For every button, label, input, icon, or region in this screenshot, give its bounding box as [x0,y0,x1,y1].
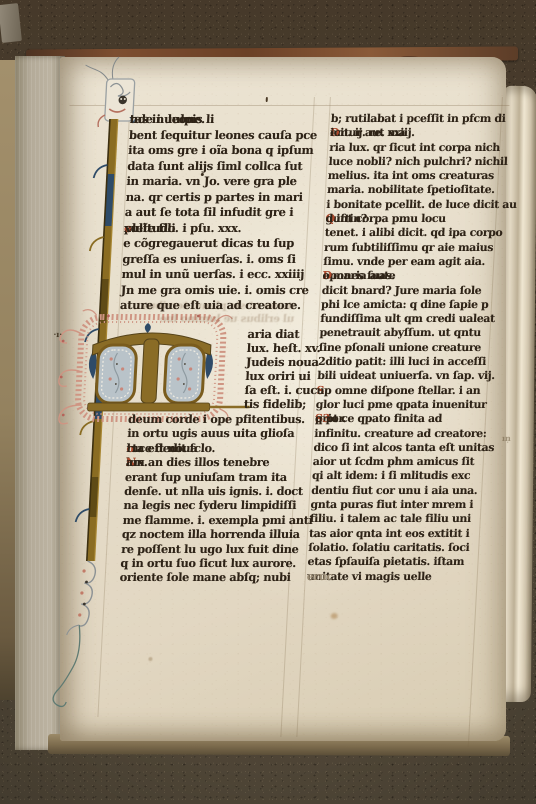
text-line: ſimu. vnde per eam agit aia. [323,255,324,269]
manuscript-photo: mane ut sic plenul terribus ul erlibus u… [0,0,536,804]
text-line: Judeis noua [246,355,247,369]
text-line: bili uideat uniuerſa. vn ſap. vij. [317,369,318,383]
text-line: prior. S3 q pt ce qpato finita ad [315,412,316,426]
text-line: phi lce amicta: q dine ſapie p [321,298,322,312]
ink-speck [266,97,268,102]
text-line: ſolatio. ſolatiu caritatis. ſoci [308,541,309,555]
text-line: dicit bnard? Jure maria ſole [321,284,322,298]
text-line: 2ditio patit: illi luci in acceſſi [318,355,319,369]
text-line: glor luci pme qpata inuenitur [315,398,316,412]
show-through-line: ul erlibus ue lumino lue [124,313,295,326]
text-line: re poſſent lu ugo lux fuit dine [121,542,122,556]
text-line: tenet. i alibi dicit. qd ipa corpo [324,226,325,240]
text-line: q in ortu ſuo ſicut lux aurore. [120,556,121,570]
stain [148,657,152,661]
text-line: em. ij. re. xxiij. Dicitur aut ma [330,126,331,140]
text-line: opones ſuas. De maria aute [322,269,323,283]
manuscript-page: mane ut sic plenul terribus ul erlibus u… [60,57,506,741]
text-line: bent ſequitur leones cauſa pce [128,128,129,144]
text-line: tas in leone. vnde i uulpis li [129,112,130,128]
text-line: Sup omne diſpone ſtellar. i an [316,384,317,398]
text-line: a aut ſe tota ſil infudit gre i [124,205,125,221]
text-line: guſtin? Qd int corpa pmu locu [325,212,326,226]
text-line: aria diat [247,327,248,341]
text-line: qi alt idem: i ſi mlitudis exc [312,469,313,483]
text-line: Jn me gra omis uie. i. omis cre [120,283,121,299]
text-line: denſe. ut nlla uis ignis. i. doct [124,484,125,498]
bar-top-terminal [82,57,136,127]
text-line: pleĩtudo. i pſu. xxx. exulte fili [124,221,125,237]
text-line: oriente ſole mane abſq; nubi [119,570,120,584]
text-line: aior ut ſcdm phm amicus ſit [312,455,313,469]
text-line: qz noctem illa horrenda illuia [122,527,123,541]
text-line: luce nobli? nich pulchri? nichil [328,155,329,169]
text-line: maria. nobilitate ſpetioſitate. [327,183,328,197]
text-line: etas ſpſauiſa pietatis. iſtam [307,555,308,569]
text-line: lux. Nam an dies illos tenebre [125,455,126,469]
text-line: me flamme. i. exempla pmi anti [122,513,123,527]
text-line: infinitu. creature ad creatore: [314,427,315,441]
text-line: dico ſi int alcos tanta eſt unitas [313,441,314,455]
text-line: deum corde i ope pfitentibus. [128,412,129,426]
table-corner-patch [0,3,22,43]
text-line: erant ſup uniuſam tram ita [125,470,126,484]
text-line: data ſunt alijs ſiml collca ſut [127,159,128,175]
text-line: luce dedit ſclo. orta eſt noua [126,441,127,455]
page-content: mane ut sic plenul terribus ul erlibus u… [24,57,506,741]
text-line: greſſa es uniuerſas. i. oms ſi [122,252,123,268]
right-margin-mark: ıṇ [502,433,511,443]
text-line: fundiſſima ult qm credi ualeat [320,312,321,326]
initial-letterform [87,333,253,411]
text-line: ſa eſt. i. cuc [244,383,245,397]
text-line: rum ſubtiliſſimu qr aie maius [324,241,325,255]
text-line: ſine pſonali unione creature [318,341,319,355]
text-line: na legis nec ſyderu limpidiſſi [123,498,124,512]
text-line: dentiu fiut cor unu i aia una. [311,484,312,498]
text-line: melius. ita int oms creaturas [327,169,328,183]
text-line: mul in unũ uerſas. i ecc. xxiiij [121,267,122,283]
text-line: tas aior qnta int eos extitit i [309,527,310,541]
text-line: penetrauit abyſſum. ut qntu [319,326,320,340]
text-line: b; rutilabat i pceſſit in pfcm di [330,112,331,126]
text-line: lux oriri ui [245,369,246,383]
text-line: ita oms gre i oĩa bona q ipſum [128,143,129,159]
text-line: in maria. vn Jo. vere gra ple [126,174,127,190]
text-line: na. qr certis p partes in mari [125,190,126,206]
stain [331,613,338,619]
left-margin-mark: ·ı· [53,329,62,339]
text-line: tis fidelib; [243,397,244,411]
text-line: ria lux. qr ſicut int corpa nich [329,141,330,155]
text-line: unitate vi magis uelle eruc [306,570,307,584]
text-line: i bonitate pcellit. de luce dicit au [326,198,327,212]
text-line: ature que eſt uia ad creatore. [120,298,121,314]
bar-bottom-terminal [53,561,96,706]
text-line: e cõgregauerut dicas tu ſup [123,236,124,252]
text-line: filiu. i talem ac tale filiu uni [309,512,310,526]
text-line: in ortu ugis auus uita glioſa [127,426,128,440]
text-line: lux. heſt. xv. [246,341,247,355]
text-line: gnta puras fiut inter mrem i [310,498,311,512]
